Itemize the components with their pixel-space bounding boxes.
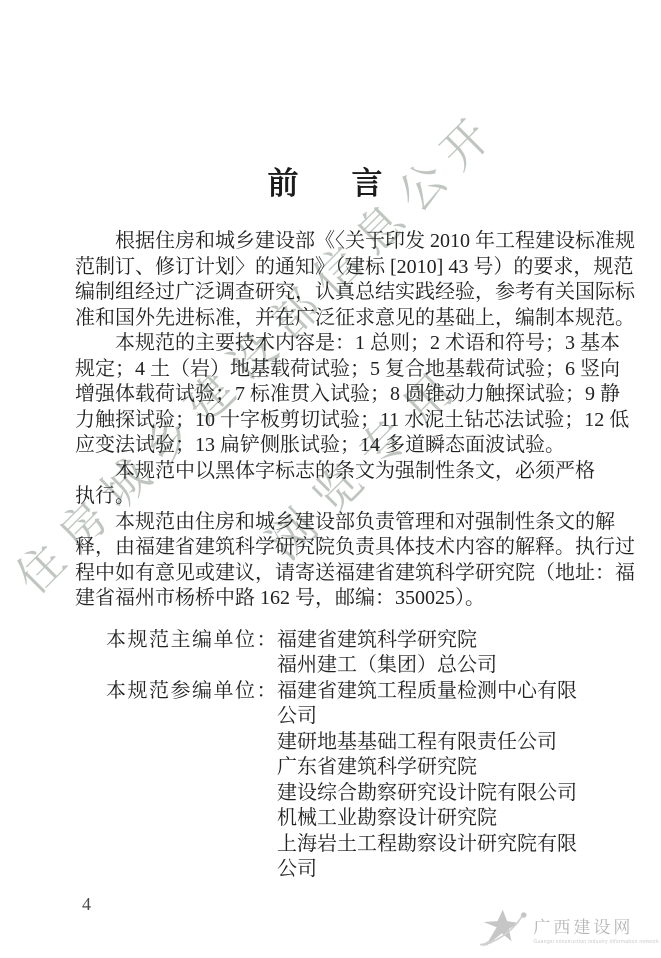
- paragraph-line: 程中如有意见或建议，请寄送福建省建筑科学研究院（地址：福: [75, 561, 575, 587]
- paragraph-line: 准和国外先进标准，并在广泛征求意见的基础上，编制本规范。: [75, 306, 575, 332]
- paragraph-line: 应变法试验；13 扁铲侧胀试验；14 多道瞬态面波试验。: [75, 433, 575, 459]
- unit-label: 本规范主编单位：: [106, 628, 277, 654]
- unit-value-line: 广东省建筑科学研究院: [277, 755, 577, 781]
- unit-value-line: 公司: [277, 857, 577, 883]
- unit-value-line: 福建省建筑科学研究院: [277, 628, 575, 654]
- unit-value-line: 福建省建筑工程质量检测中心有限: [277, 679, 577, 705]
- unit-row: 本规范参编单位：福建省建筑工程质量检测中心有限公司建研地基基础工程有限责任公司广…: [75, 679, 575, 883]
- paragraph-line: 范制订、修订计划〉的通知》（建标 [2010] 43 号）的要求，规范: [75, 255, 575, 281]
- logo-text: 广西建设网 Guangxi construction industry info…: [533, 913, 659, 945]
- unit-value-line: 福州建工（集团）总公司: [277, 653, 575, 679]
- paragraph-line: 建省福州市杨桥中路 162 号，邮编：350025）。: [75, 586, 575, 612]
- paragraph-line: 本规范中以黑体字标志的条文为强制性条文，必须严格: [75, 459, 575, 485]
- unit-value-line: 公司: [277, 704, 577, 730]
- unit-row: 本规范主编单位：福建省建筑科学研究院福州建工（集团）总公司: [75, 628, 575, 679]
- paragraph-line: 执行。: [75, 484, 575, 510]
- unit-value-line: 机械工业勘察设计研究院: [277, 806, 577, 832]
- unit-value-line: 上海岩土工程勘察设计研究院有限: [277, 832, 577, 858]
- body-text: 根据住房和城乡建设部《〈关于印发 2010 年工程建设标准规范制订、修订计划〉的…: [75, 229, 575, 883]
- unit-value-line: 建设综合勘察研究设计院有限公司: [277, 781, 577, 807]
- paragraph-line: 释，由福建省建筑科学研究院负责具体技术内容的解释。执行过: [75, 535, 575, 561]
- unit-label: 本规范参编单位：: [106, 679, 277, 705]
- unit-value-line: 建研地基基础工程有限责任公司: [277, 730, 577, 756]
- paragraph-line: 增强体载荷试验；7 标准贯入试验；8 圆锥动力触探试验；9 静: [75, 382, 575, 408]
- footer-logo: 广西建设网 Guangxi construction industry info…: [473, 906, 659, 952]
- document-page: 住房城乡建设部信息公开 浏览专用 前 言 根据住房和城乡建设部《〈关于印发 20…: [0, 0, 661, 958]
- unit-values: 福建省建筑工程质量检测中心有限公司建研地基基础工程有限责任公司广东省建筑科学研究…: [277, 679, 577, 883]
- page-number: 4: [82, 894, 91, 915]
- paragraph-line: 本规范的主要技术内容是：1 总则；2 术语和符号；3 基本: [75, 331, 575, 357]
- logo-tagline: Guangxi construction industry informatio…: [533, 939, 659, 945]
- unit-values: 福建省建筑科学研究院福州建工（集团）总公司: [277, 628, 575, 679]
- page-title: 前 言: [0, 158, 661, 203]
- paragraph-line: 编制组经过广泛调查研究，认真总结实践经验，参考有关国际标: [75, 280, 575, 306]
- paragraph-line: 力触探试验；10 十字板剪切试验；11 水泥土钻芯法试验；12 低: [75, 408, 575, 434]
- paragraph-line: 根据住房和城乡建设部《〈关于印发 2010 年工程建设标准规: [75, 229, 575, 255]
- editor-units: 本规范主编单位：福建省建筑科学研究院福州建工（集团）总公司本规范参编单位：福建省…: [75, 628, 575, 883]
- star-icon: [473, 906, 529, 952]
- paragraph-line: 规定；4 土（岩）地基载荷试验；5 复合地基载荷试验；6 竖向: [75, 357, 575, 383]
- paragraph-line: 本规范由住房和城乡建设部负责管理和对强制性条文的解: [75, 510, 575, 536]
- logo-site-name: 广西建设网: [533, 913, 659, 938]
